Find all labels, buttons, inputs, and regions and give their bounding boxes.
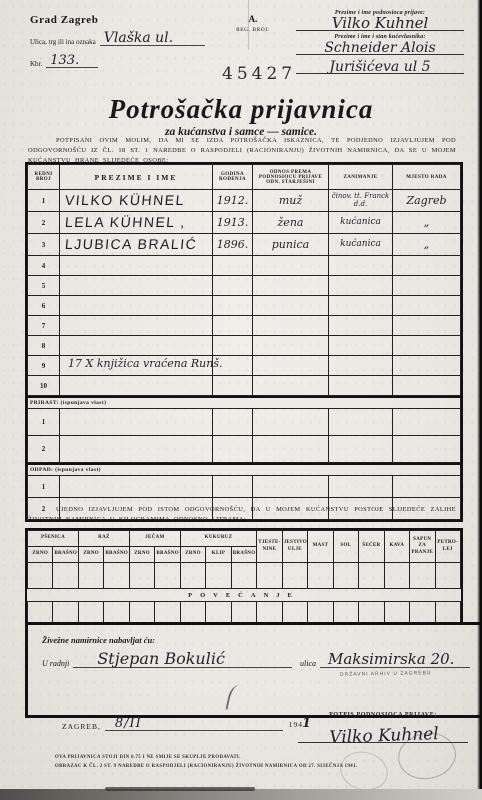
declaration-paragraph-2: UJEDNO IZJAVLJUJEM POD ISTOM ODGOVORNOŠĆ… — [28, 505, 456, 525]
prirast-label-row: PRIRAST: (ispunjava vlast) — [28, 397, 461, 409]
cell-empty — [253, 256, 329, 276]
cell-empty — [282, 602, 307, 623]
col-tjestenine: TJESTE-NINE — [257, 531, 282, 563]
col-kava: KAVA — [384, 531, 409, 563]
applicant-handwritten-name: Vilko Kuhnel — [296, 14, 464, 32]
landlord-handwritten-name: Schneider Alois — [296, 40, 464, 56]
cell-empty — [60, 316, 213, 336]
member-row-9: 9 17 X knjižica vraćena Runš. — [28, 356, 461, 376]
kbr-label: Kbr. — [30, 60, 42, 68]
member-year: 1913. — [213, 212, 253, 234]
cell-empty — [253, 476, 329, 498]
city-date-label: ZAGREB, — [62, 722, 101, 731]
member-workplace: „ — [393, 212, 461, 234]
food-supplies-table: PŠENICA RAŽ JEČAM KUKURUZ TJESTE-NINE JE… — [27, 530, 461, 623]
scanned-ration-form: Grad Zagreb Ulica, trg ili ina oznaka Vl… — [0, 0, 482, 800]
street-field: Ulica, trg ili ina oznaka Vlaška ul. — [30, 38, 230, 46]
kbr-handwritten-value: 133. — [50, 53, 79, 68]
landlord-fill-line: Schneider Alois — [296, 40, 464, 55]
purchase-intro: Živežne namirnice nabavljat ću: — [42, 635, 470, 645]
cell-empty — [393, 356, 461, 376]
cell-empty — [253, 376, 329, 396]
member-name-handwriting: VILKO KÜHNEL — [64, 192, 185, 208]
landlord-handwritten-address: Jurišićeva ul 5 — [296, 59, 464, 75]
sub-brasno: BRAŠNO — [53, 547, 78, 563]
col-header-redni-broj: REDNI BROJ — [28, 165, 60, 190]
cell-empty — [410, 602, 435, 623]
date-fill-line: 8/II — [105, 718, 283, 731]
member-row-7: 7 — [28, 316, 461, 336]
col-jestivo-ulje: JESTIVO ULJE — [282, 531, 307, 563]
cell-empty — [60, 376, 213, 396]
cell-empty — [253, 296, 329, 316]
col-header-zanimanje: ZANIMANJE — [329, 165, 393, 190]
group-kukuruz: KUKURUZ — [180, 531, 256, 547]
cell-empty — [180, 563, 205, 589]
member-year: 1896. — [213, 234, 253, 256]
cell-empty — [359, 563, 384, 589]
col-secer: ŠEĆER — [359, 531, 384, 563]
member-relation: žena — [253, 212, 329, 234]
row-number: 3 — [28, 234, 60, 256]
cell-empty — [329, 296, 393, 316]
cell-empty — [104, 563, 129, 589]
member-occupation: kućanica — [329, 212, 393, 234]
sub-brasno: BRAŠNO — [155, 547, 180, 563]
applicant-fill-line: Vilko Kuhnel — [296, 16, 464, 31]
member-row-1: 1 VILKO KÜHNEL 1912. muž činov. tt. Fran… — [28, 190, 461, 212]
povecanje-band-row: POVEĆANJE — [28, 589, 461, 602]
row-number: 5 — [28, 276, 60, 296]
row-number: 4 — [28, 256, 60, 276]
row-number: 2 — [28, 212, 60, 234]
member-row-5: 5 — [28, 276, 461, 296]
row-number: 1 — [28, 409, 60, 436]
section-letter: A. — [218, 14, 288, 24]
member-workplace: „ — [393, 234, 461, 256]
household-members-table: REDNI BROJ PREZIME I IME GODINA ROĐENJA … — [27, 164, 461, 396]
cell-empty — [393, 296, 461, 316]
header-center: A. REG. BROJ: — [218, 14, 288, 33]
cell-empty — [213, 336, 253, 356]
cell-empty — [384, 563, 409, 589]
col-header-prezime-ime: PREZIME I IME — [60, 165, 213, 190]
cell-empty — [206, 602, 231, 623]
cell-empty — [253, 409, 329, 436]
cell-empty — [253, 436, 329, 463]
cell-empty — [213, 376, 253, 396]
purchase-line: U radnji Stjepan Bokulić ulica Maksimirs… — [42, 659, 470, 668]
cell-empty — [78, 563, 103, 589]
cell-empty — [60, 276, 213, 296]
row-number: 2 — [28, 436, 60, 463]
cell-empty — [393, 256, 461, 276]
cell-empty — [180, 602, 205, 623]
member-name-handwriting: LJUBICA BRALIĆ — [64, 236, 198, 252]
cell-empty — [155, 563, 180, 589]
cell-empty — [257, 602, 282, 623]
annotation-cell: 17 X knjižica vraćena Runš. — [60, 356, 213, 376]
sub-zrno: ZRNO — [28, 547, 53, 563]
cell-empty — [329, 436, 393, 463]
cell-empty — [333, 563, 358, 589]
prirast-table: PRIRAST: (ispunjava vlast) 1 2 — [27, 396, 461, 463]
house-number-field: Kbr. 133. — [30, 60, 230, 68]
ulica-label: ulica — [300, 659, 316, 668]
supplies-increase-row — [28, 602, 461, 623]
member-name: LELA KÜHNEL , — [60, 212, 213, 234]
cell-empty — [213, 296, 253, 316]
cell-empty — [78, 602, 103, 623]
cell-empty — [253, 336, 329, 356]
member-year: 1912. — [213, 190, 253, 212]
form-title: Potrošačka prijavnica — [0, 94, 482, 125]
street-fill-line: Vlaška ul. — [100, 45, 205, 46]
cell-empty — [329, 336, 393, 356]
member-relation: punica — [253, 234, 329, 256]
prirast-label: PRIRAST: (ispunjava vlast) — [28, 397, 461, 409]
col-petrolej: PETRO-LEJ — [435, 531, 461, 563]
cell-empty — [104, 602, 129, 623]
cell-empty — [53, 602, 78, 623]
group-jecam: JEČAM — [129, 531, 180, 547]
member-occupation: kućanica — [329, 234, 393, 256]
prirast-row-2: 2 — [28, 436, 461, 463]
cell-empty — [393, 409, 461, 436]
cell-empty — [213, 436, 253, 463]
header-left: Grad Zagreb Ulica, trg ili ina oznaka Vl… — [30, 14, 230, 68]
member-row-3: 3 LJUBICA BRALIĆ 1896. punica kućanica „ — [28, 234, 461, 256]
sub-klip: KLIP — [206, 547, 231, 563]
street-label: Ulica, trg ili ina oznaka — [30, 38, 96, 46]
cell-empty — [393, 436, 461, 463]
odpad-label: ODPAD: (ispunjava vlast) — [28, 464, 461, 476]
shop-label: U radnji — [42, 659, 69, 668]
povecanje-label: POVEĆANJE — [28, 589, 461, 602]
cell-empty — [384, 602, 409, 623]
row-number: 1 — [28, 476, 60, 498]
form-title-block: Potrošačka prijavnica za kućanstva i sam… — [0, 94, 482, 138]
group-psenica: PŠENICA — [28, 531, 79, 547]
row-number: 1 — [28, 190, 60, 212]
cell-empty — [393, 376, 461, 396]
scan-edge-right — [477, 0, 482, 800]
member-relation: muž — [253, 190, 329, 212]
handwritten-annotation: 17 X knjižica vraćena Runš. — [68, 357, 348, 370]
cell-empty — [282, 563, 307, 589]
cell-empty — [329, 476, 393, 498]
handwritten-date: 8/II — [115, 716, 142, 731]
cell-empty — [329, 276, 393, 296]
odpad-label-row: ODPAD: (ispunjava vlast) — [28, 464, 461, 476]
sub-brasno: BRAŠNO — [231, 547, 256, 563]
street-handwritten-value: Vlaška ul. — [104, 30, 173, 46]
row-number: 7 — [28, 316, 60, 336]
prirast-row-1: 1 — [28, 409, 461, 436]
pen-squiggle-mark — [225, 684, 244, 712]
cell-empty — [155, 602, 180, 623]
row-number: 9 — [28, 356, 60, 376]
cell-empty — [60, 409, 213, 436]
reg-broj-label: REG. BROJ: — [218, 27, 288, 33]
group-raz: RAŽ — [78, 531, 129, 547]
cell-empty — [435, 602, 461, 623]
cell-empty — [257, 563, 282, 589]
date-row: ZAGREB, 8/II 1941 — [62, 716, 312, 731]
cell-empty — [308, 563, 333, 589]
cell-empty — [253, 316, 329, 336]
sub-zrno: ZRNO — [180, 547, 205, 563]
member-name-handwriting: LELA KÜHNEL , — [64, 214, 186, 230]
cell-empty — [129, 563, 154, 589]
member-workplace: Zagreb — [393, 190, 461, 212]
supplies-group-header-row: PŠENICA RAŽ JEČAM KUKURUZ TJESTE-NINE JE… — [28, 531, 461, 547]
col-sapun: SAPUN ZA PRANJE — [410, 531, 435, 563]
member-row-6: 6 — [28, 296, 461, 316]
cell-empty — [231, 563, 256, 589]
odpad-row-1: 1 — [28, 476, 461, 498]
cell-empty — [393, 476, 461, 498]
member-row-10: 10 — [28, 376, 461, 396]
cell-empty — [53, 563, 78, 589]
col-header-odnos: ODNOS PREMA PODNOSIOCU PRIJAVE ODN. STAR… — [253, 165, 329, 190]
member-row-8: 8 — [28, 336, 461, 356]
col-header-mjesto-rada: MJESTO RADA — [393, 165, 461, 190]
cell-empty — [213, 276, 253, 296]
member-row-2: 2 LELA KÜHNEL , 1913. žena kućanica „ — [28, 212, 461, 234]
col-header-godina: GODINA ROĐENJA — [213, 165, 253, 190]
cell-empty — [213, 409, 253, 436]
member-row-4: 4 — [28, 256, 461, 276]
cell-empty — [60, 256, 213, 276]
member-occupation: činov. tt. Franck d.d. — [329, 190, 393, 212]
col-sol: SOL — [333, 531, 358, 563]
member-name: LJUBICA BRALIĆ — [60, 234, 213, 256]
cell-empty — [329, 409, 393, 436]
kbr-fill-line: 133. — [46, 67, 98, 68]
cell-empty — [359, 602, 384, 623]
cell-empty — [329, 316, 393, 336]
archive-stamp-text: DRŽAVNI ARHIV U ZAGREBU — [340, 670, 432, 678]
sub-brasno: BRAŠNO — [104, 547, 129, 563]
cell-empty — [206, 563, 231, 589]
cell-empty — [60, 476, 213, 498]
cell-empty — [329, 376, 393, 396]
cell-empty — [231, 602, 256, 623]
row-number: 10 — [28, 376, 60, 396]
member-name: VILKO KÜHNEL — [60, 190, 213, 212]
cell-empty — [129, 602, 154, 623]
cell-empty — [60, 296, 213, 316]
cell-empty — [60, 436, 213, 463]
header-right: Prezime i ime podnosioca prijave: Vilko … — [296, 10, 464, 74]
supplies-value-row — [28, 563, 461, 589]
shop-street-fill-line: Maksimirska 20. — [320, 667, 470, 668]
shop-street-handwritten: Maksimirska 20. — [328, 650, 454, 668]
col-mast: MAST — [308, 531, 333, 563]
landlord-address-fill-line: Jurišićeva ul 5 — [296, 59, 464, 74]
scan-edge-bottom-dark — [105, 787, 255, 791]
cell-empty — [393, 276, 461, 296]
shop-handwritten-name: Stjepan Bokulić — [97, 649, 225, 668]
cell-empty — [213, 476, 253, 498]
cell-empty — [213, 256, 253, 276]
sub-zrno: ZRNO — [129, 547, 154, 563]
purchase-declaration-box: Živežne namirnice nabavljat ću: U radnji… — [25, 622, 482, 718]
cell-empty — [213, 316, 253, 336]
row-number: 8 — [28, 336, 60, 356]
table-header-row: REDNI BROJ PREZIME I IME GODINA ROĐENJA … — [28, 165, 461, 190]
cell-empty — [329, 256, 393, 276]
cell-empty — [28, 602, 53, 623]
row-number: 6 — [28, 296, 60, 316]
cell-empty — [393, 336, 461, 356]
shop-fill-line: Stjepan Bokulić — [73, 667, 292, 668]
cell-empty — [253, 276, 329, 296]
cell-empty — [333, 602, 358, 623]
cell-empty — [60, 336, 213, 356]
household-tables-frame: REDNI BROJ PREZIME I IME GODINA ROĐENJA … — [25, 162, 463, 522]
sub-zrno: ZRNO — [78, 547, 103, 563]
cell-empty — [410, 563, 435, 589]
city-name: Grad Zagreb — [30, 14, 230, 26]
registration-number-stamp: 45427 — [222, 64, 296, 84]
cell-empty — [435, 563, 461, 589]
cell-empty — [393, 316, 461, 336]
cell-empty — [28, 563, 53, 589]
cell-empty — [308, 602, 333, 623]
supplies-table-frame: PŠENICA RAŽ JEČAM KUKURUZ TJESTE-NINE JE… — [25, 528, 463, 625]
